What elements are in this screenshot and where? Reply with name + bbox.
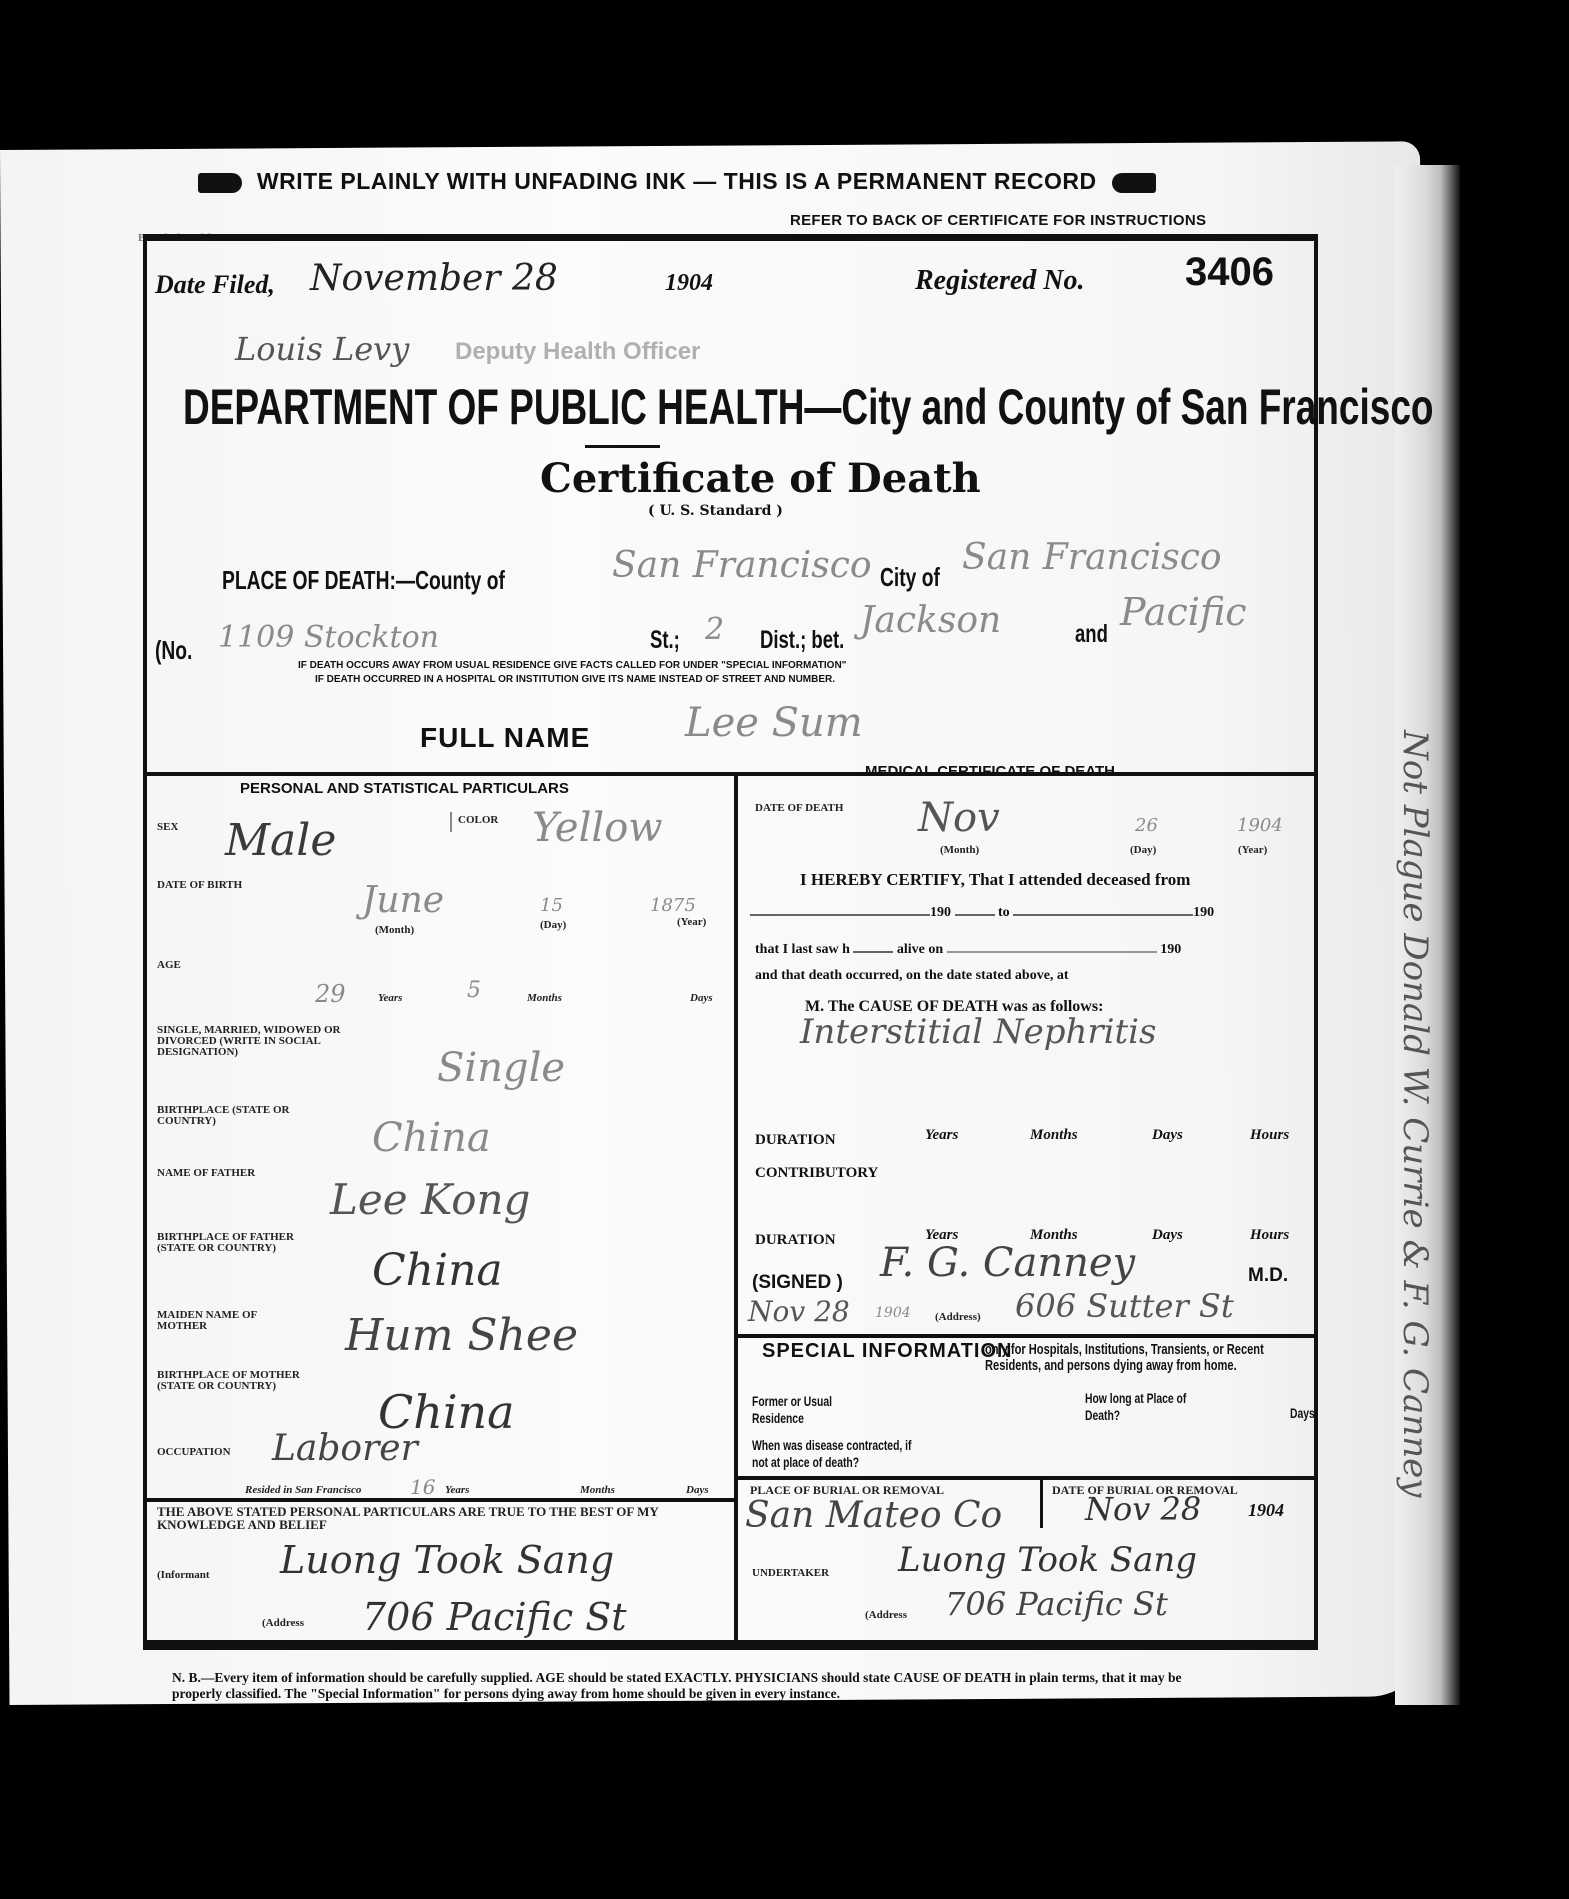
margin-note: Not Plague Donald W. Currie & F. G. Cann… bbox=[1395, 730, 1435, 1497]
burial-place-value: San Mateo Co bbox=[745, 1495, 1002, 1536]
undertaker-address-label: (Address bbox=[865, 1610, 907, 1621]
city-value: San Francisco bbox=[962, 537, 1222, 578]
physician-address-label: (Address) bbox=[935, 1312, 981, 1323]
age-months-caption: Months bbox=[527, 993, 562, 1004]
between-street-2: Pacific bbox=[1120, 590, 1247, 634]
section-divider bbox=[145, 772, 1317, 776]
residence-note-2: IF DEATH OCCURRED IN A HOSPITAL OR INSTI… bbox=[315, 674, 835, 685]
dob-year-caption: (Year) bbox=[677, 917, 706, 928]
marital-label: SINGLE, MARRIED, WIDOWED OR DIVORCED (Wr… bbox=[157, 1025, 387, 1058]
officer-title: Deputy Health Officer bbox=[455, 338, 700, 366]
resided-years: 16 bbox=[410, 1475, 435, 1499]
year-stub-2: 190 bbox=[1193, 905, 1214, 920]
burial-year: 1904 bbox=[1248, 1500, 1284, 1521]
how-long-days: Days bbox=[1290, 1405, 1315, 1421]
contributory-label: CONTRIBUTORY bbox=[755, 1165, 878, 1182]
special-divider bbox=[736, 1334, 1316, 1338]
color-value: Yellow bbox=[532, 805, 663, 851]
burial-divider bbox=[736, 1476, 1316, 1480]
occurred-line: and that death occurred, on the date sta… bbox=[755, 968, 1069, 984]
to-label: to bbox=[998, 905, 1010, 920]
duration-hours-1: Hours bbox=[1250, 1127, 1289, 1144]
physician-signature: F. G. Canney bbox=[880, 1240, 1135, 1286]
father-value: Lee Kong bbox=[330, 1175, 530, 1224]
duration-years-1: Years bbox=[925, 1127, 958, 1144]
father-label: NAME OF FATHER bbox=[157, 1168, 257, 1179]
medical-heading: MEDICAL CERTIFICATE OF DEATH bbox=[865, 763, 1115, 780]
signed-label: (SIGNED ) bbox=[752, 1272, 843, 1294]
sex-value: Male bbox=[225, 815, 336, 866]
how-long-label: How long at Place of Death? bbox=[1085, 1390, 1189, 1424]
physician-address: 606 Sutter St bbox=[1015, 1287, 1234, 1325]
informant-address-label: (Address bbox=[262, 1618, 304, 1629]
dist-label: Dist.; bet. bbox=[760, 626, 844, 655]
undertaker-label: UNDERTAKER bbox=[752, 1568, 829, 1579]
dod-month: Nov bbox=[918, 795, 1000, 841]
date-filed-label: Date Filed, bbox=[155, 270, 275, 300]
dod-year-caption: (Year) bbox=[1238, 845, 1267, 856]
bottom-rule bbox=[143, 1640, 1318, 1647]
burial-column-divider bbox=[1040, 1478, 1043, 1528]
color-divider bbox=[450, 812, 452, 832]
permanent-record-banner: WRITE PLAINLY WITH UNFADING INK — THIS I… bbox=[190, 168, 1164, 195]
informant-address: 706 Pacific St bbox=[362, 1595, 627, 1639]
signed-date: Nov 28 bbox=[748, 1295, 850, 1328]
disease-contracted-label: When was disease contracted, if not at p… bbox=[752, 1437, 915, 1471]
district-value: 2 bbox=[705, 612, 724, 647]
refer-instructions: REFER TO BACK OF CERTIFICATE FOR INSTRUC… bbox=[790, 212, 1206, 229]
duration-days-2: Days bbox=[1152, 1227, 1183, 1244]
special-heading-rest: only for Hospitals, Institutions, Transi… bbox=[985, 1342, 1311, 1374]
street-no-label: (No. bbox=[155, 635, 192, 666]
personal-heading: PERSONAL AND STATISTICAL PARTICULARS bbox=[240, 780, 569, 797]
age-days-caption: Days bbox=[690, 993, 713, 1004]
certificate-title: Certificate of Death bbox=[540, 455, 981, 502]
cause-value: Interstitial Nephritis bbox=[800, 1012, 1157, 1052]
occupation-label: OCCUPATION bbox=[157, 1447, 231, 1458]
occupation-value: Laborer bbox=[272, 1428, 418, 1469]
former-residence-label: Former or Usual Residence bbox=[752, 1393, 833, 1427]
resided-label: Resided in San Francisco bbox=[245, 1485, 361, 1496]
dod-year: 1904 bbox=[1237, 815, 1283, 836]
dod-day: 26 bbox=[1135, 815, 1158, 836]
date-filed-year: 1904 bbox=[665, 270, 713, 297]
year-stub-1: 190 bbox=[930, 905, 951, 920]
md-label: M.D. bbox=[1248, 1265, 1288, 1287]
full-name-value: Lee Sum bbox=[685, 700, 863, 746]
date-of-death-label: DATE OF DEATH bbox=[755, 803, 843, 814]
dob-month: June bbox=[362, 880, 444, 921]
duration-months-1: Months bbox=[1030, 1127, 1078, 1144]
last-saw-line: that I last saw h alive on 190 bbox=[755, 942, 1181, 958]
street-value: 1109 Stockton bbox=[218, 620, 439, 655]
resided-months-caption: Months bbox=[580, 1485, 615, 1496]
date-filed-value: November 28 bbox=[310, 258, 558, 299]
attest-divider bbox=[145, 1498, 735, 1502]
between-street-1: Jackson bbox=[860, 600, 1001, 641]
attest-statement: THE ABOVE STATED PERSONAL PARTICULARS AR… bbox=[157, 1505, 727, 1531]
dod-month-caption: (Month) bbox=[940, 845, 979, 856]
father-birthplace-label: BIRTHPLACE OF FATHER (State or Country) bbox=[157, 1232, 307, 1254]
burial-date: Nov 28 bbox=[1085, 1490, 1201, 1528]
dod-day-caption: (Day) bbox=[1130, 845, 1156, 856]
and-label: and bbox=[1075, 620, 1108, 649]
duration-label-1: DURATION bbox=[755, 1132, 836, 1149]
department-title: DEPARTMENT OF PUBLIC HEALTH—City and Cou… bbox=[183, 378, 1434, 436]
banner-text: WRITE PLAINLY WITH UNFADING INK — THIS I… bbox=[257, 168, 1097, 194]
duration-days-1: Days bbox=[1152, 1127, 1183, 1144]
registered-label: Registered No. bbox=[915, 265, 1085, 297]
resided-days-caption: Days bbox=[686, 1485, 709, 1496]
registered-number: 3406 bbox=[1185, 250, 1274, 295]
age-years-caption: Years bbox=[378, 993, 402, 1004]
special-heading: SPECIAL INFORMATION bbox=[762, 1340, 1012, 1363]
dob-day: 15 bbox=[540, 895, 563, 916]
year-stub-3: 190 bbox=[1160, 942, 1181, 957]
undertaker-address: 706 Pacific St bbox=[945, 1585, 1168, 1623]
sex-label: SEX bbox=[157, 822, 178, 833]
dob-year: 1875 bbox=[650, 895, 696, 916]
mother-value: Hum Shee bbox=[345, 1310, 578, 1361]
title-divider bbox=[585, 445, 660, 448]
color-label: COLOR bbox=[458, 815, 498, 826]
pointing-hand-icon bbox=[1112, 173, 1156, 193]
pointing-hand-icon bbox=[198, 173, 242, 193]
age-label: AGE bbox=[157, 960, 181, 971]
certify-line: I HEREBY CERTIFY, That I attended deceas… bbox=[800, 870, 1190, 890]
age-months: 5 bbox=[467, 978, 481, 1003]
last-saw-label: that I last saw h bbox=[755, 942, 850, 957]
dob-label: DATE OF BIRTH bbox=[157, 880, 242, 891]
place-of-death-label: PLACE OF DEATH:—County of bbox=[222, 565, 505, 596]
dob-day-caption: (Day) bbox=[540, 920, 566, 931]
father-birthplace-value: China bbox=[372, 1245, 503, 1296]
mother-label: MAIDEN NAME OF MOTHER bbox=[157, 1310, 297, 1332]
alive-on-label: alive on bbox=[897, 942, 943, 957]
attended-range: 190 to 190 bbox=[750, 905, 1310, 921]
marital-value: Single bbox=[437, 1045, 565, 1091]
residence-note-1: IF DEATH OCCURS AWAY FROM USUAL RESIDENC… bbox=[298, 660, 846, 671]
mother-birthplace-label: BIRTHPLACE OF MOTHER (State or Country) bbox=[157, 1370, 307, 1392]
age-years: 29 bbox=[315, 980, 346, 1008]
duration-hours-2: Hours bbox=[1250, 1227, 1289, 1244]
city-label: City of bbox=[880, 562, 940, 593]
dob-month-caption: (Month) bbox=[375, 925, 414, 936]
signed-year: 1904 bbox=[875, 1305, 911, 1321]
county-value: San Francisco bbox=[612, 545, 872, 586]
duration-label-2: DURATION bbox=[755, 1232, 836, 1249]
certificate-subtitle: ( U. S. Standard ) bbox=[648, 503, 783, 519]
birthplace-label: BIRTHPLACE (State or Country) bbox=[157, 1105, 307, 1127]
resided-years-caption: Years bbox=[445, 1485, 469, 1496]
birthplace-value: China bbox=[372, 1115, 491, 1161]
informant-value: Luong Took Sang bbox=[280, 1538, 614, 1582]
column-divider bbox=[734, 772, 738, 1642]
undertaker-value: Luong Took Sang bbox=[898, 1540, 1197, 1580]
officer-signature: Louis Levy bbox=[235, 330, 409, 368]
informant-label: (Informant bbox=[157, 1570, 210, 1581]
full-name-label: FULL NAME bbox=[420, 722, 590, 754]
footnote: N. B.—Every item of information should b… bbox=[172, 1670, 1232, 1702]
st-label: St.; bbox=[650, 626, 680, 655]
